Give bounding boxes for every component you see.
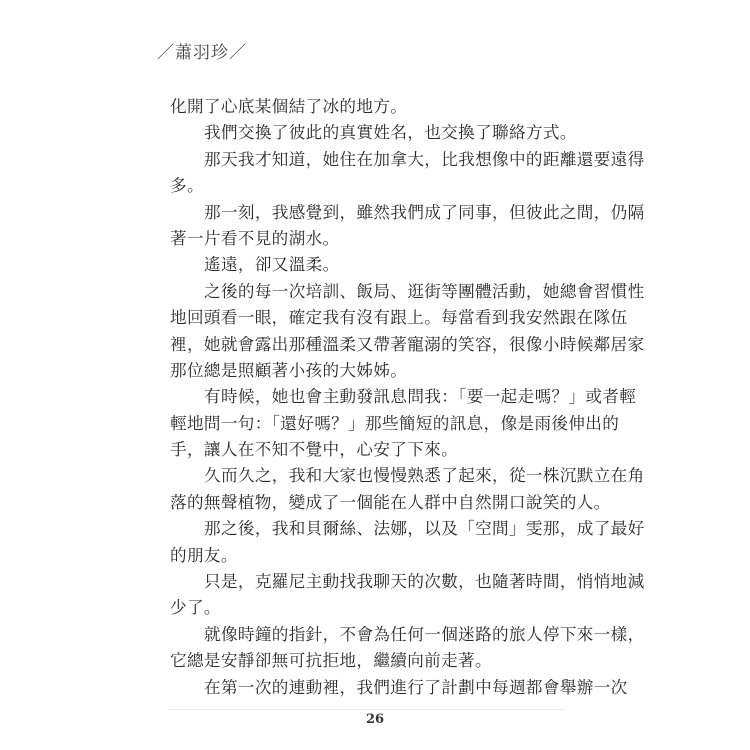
text-line: 裡，她就會露出那種溫柔又帶著寵溺的笑容，很像小時候鄰居家 — [170, 332, 563, 358]
text-line: 我們交換了彼此的真實姓名，也交換了聯絡方式。 — [170, 120, 563, 146]
text-line: 那一刻，我感覺到，雖然我們成了同事，但彼此之間，仍隔 — [170, 200, 563, 226]
text-line: 化開了心底某個結了冰的地方。 — [170, 94, 563, 120]
text-line: 手，讓人在不知不覺中，心安了下來。 — [170, 437, 563, 463]
text-line: 有時候，她也會主動發訊息問我：「要一起走嗎？」或者輕 — [170, 384, 563, 410]
text-line: 那天我才知道，她住在加拿大，比我想像中的距離還要遠得 — [170, 147, 563, 173]
text-line: 就像時鐘的指針，不會為任何一個迷路的旅人停下來一樣， — [170, 622, 563, 648]
text-line: 落的無聲植物，變成了一個能在人群中自然開口說笑的人。 — [170, 490, 563, 516]
footer-divider — [168, 709, 565, 710]
text-line: 少了。 — [170, 595, 563, 621]
text-line: 的朋友。 — [170, 543, 563, 569]
text-line: 地回頭看一眼，確定我有沒有跟上。每當看到我安然跟在隊伍 — [170, 305, 563, 331]
text-line: 久而久之，我和大家也慢慢熟悉了起來，從一株沉默立在角 — [170, 463, 563, 489]
text-line: 只是，克羅尼主動找我聊天的次數，也隨著時間，悄悄地減 — [170, 569, 563, 595]
text-line: 輕地問一句：「還好嗎？」那些簡短的訊息，像是雨後伸出的 — [170, 411, 563, 437]
page-number: 26 — [0, 712, 750, 727]
running-header-author: ／蕭羽珍／ — [157, 38, 247, 63]
text-line: 著一片看不見的湖水。 — [170, 226, 563, 252]
text-line: 在第一次的連動裡，我們進行了計劃中每週都會舉辦一次 — [170, 675, 563, 701]
text-line: 那之後，我和貝爾絲、法娜，以及「空間」雯那，成了最好 — [170, 516, 563, 542]
text-line: 遙遠，卻又溫柔。 — [170, 252, 563, 278]
text-line: 之後的每一次培訓、飯局、逛街等團體活動，她總會習慣性 — [170, 279, 563, 305]
page-body: 化開了心底某個結了冰的地方。 我們交換了彼此的真實姓名，也交換了聯絡方式。 那天… — [170, 94, 563, 701]
text-line: 它總是安靜卻無可抗拒地，繼續向前走著。 — [170, 648, 563, 674]
text-line: 那位總是照顧著小孩的大姊姊。 — [170, 358, 563, 384]
text-line: 多。 — [170, 173, 563, 199]
